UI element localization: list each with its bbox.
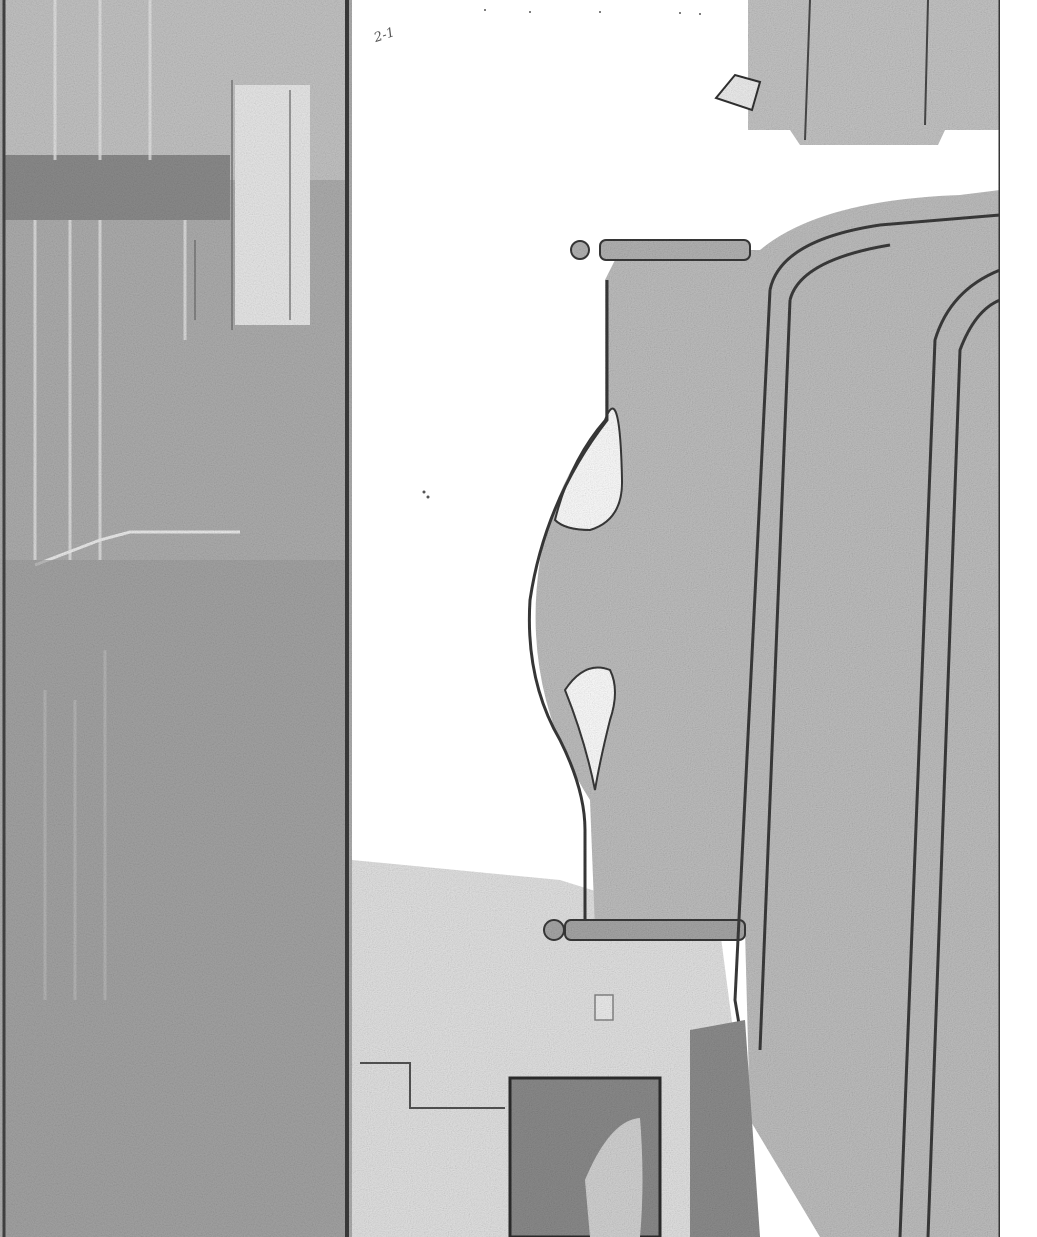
bed-headboard-illustration [352, 0, 1037, 1237]
right-photo-sleigh-bed [352, 0, 1037, 1237]
left-photo-wall-paneling [0, 0, 352, 1237]
wall-paneling-illustration [0, 0, 352, 1237]
